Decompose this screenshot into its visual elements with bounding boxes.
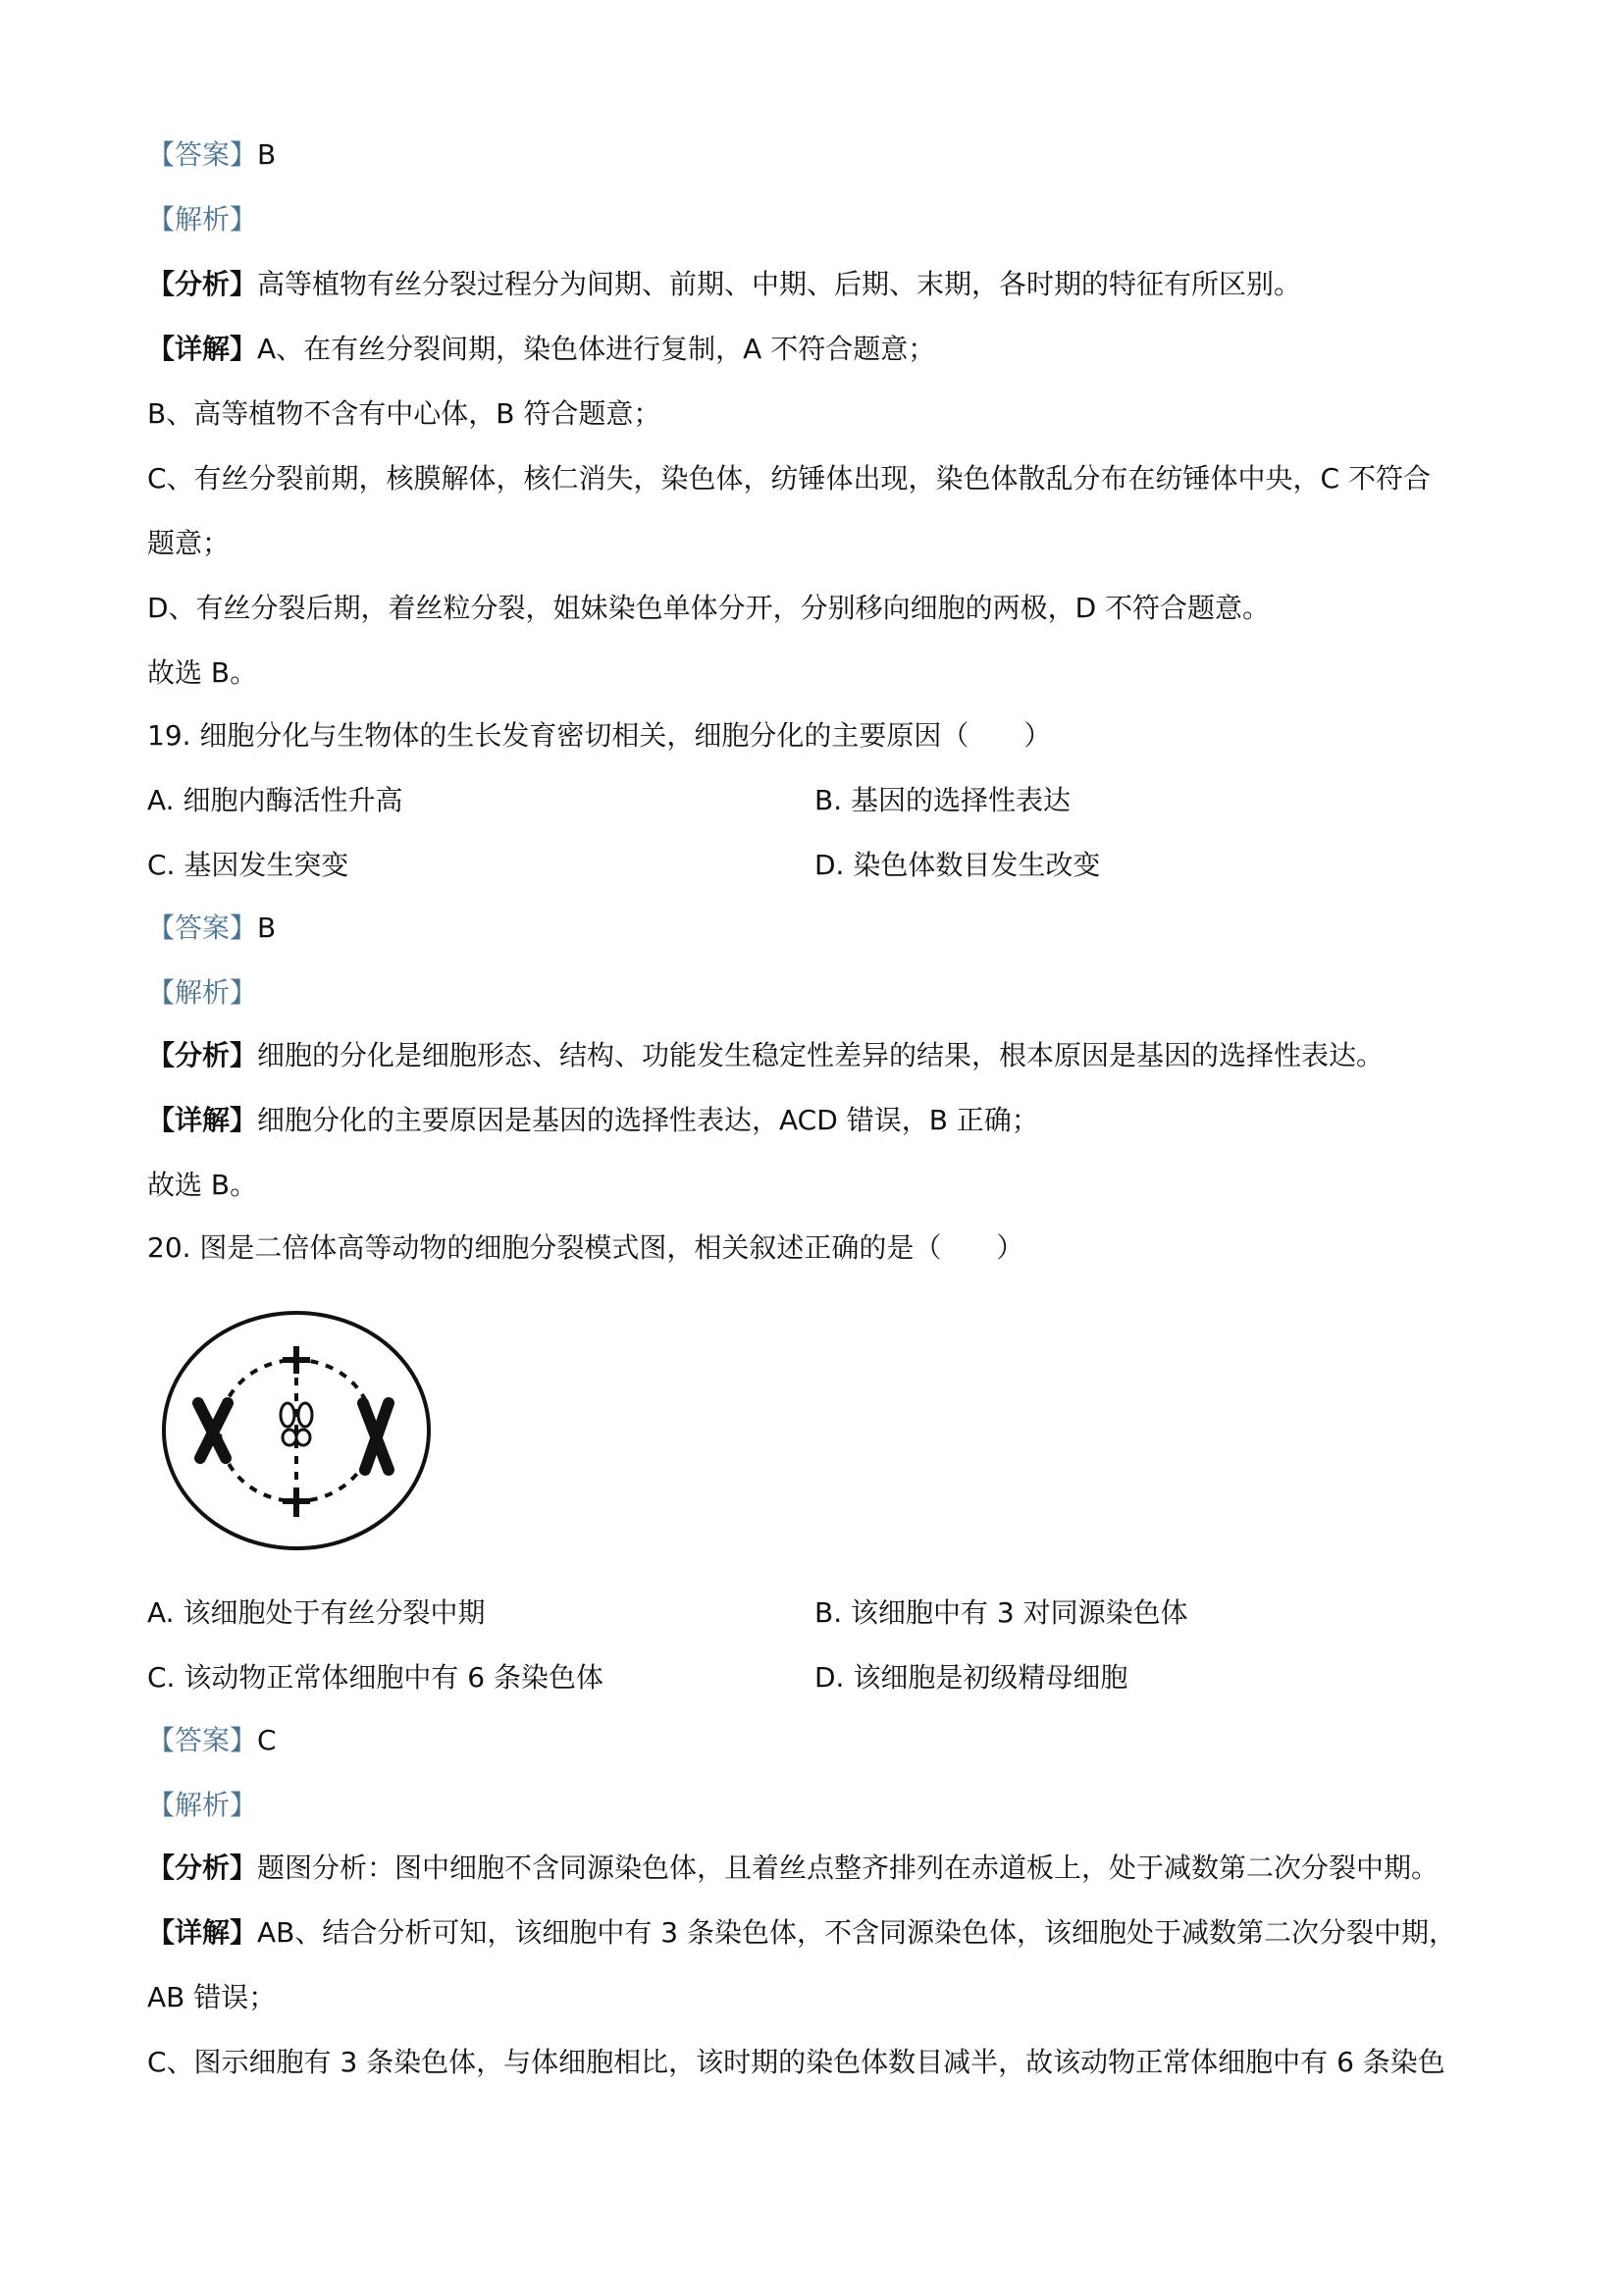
q18-xiangjie-line: C、有丝分裂前期，核膜解体，核仁消失，染色体，纺锤体出现，染色体散乱分布在纺锤体…: [147, 461, 1431, 496]
q20-option-c: C. 该动物正常体细胞中有 6 条染色体: [147, 1660, 603, 1696]
q18-answer: 【答案】B: [147, 137, 276, 173]
q19-option-d: D. 染色体数目发生改变: [814, 848, 1100, 883]
q18-xiangjie: 【详解】A、在有丝分裂间期，染色体进行复制，A 不符合题意；: [147, 332, 935, 367]
q20-xiangjie: 【详解】AB、结合分析可知，该细胞中有 3 条染色体，不含同源染色体，该细胞处于…: [147, 1915, 1456, 1951]
fenxi-label: 【分析】: [147, 1852, 257, 1884]
xiangjie-label: 【详解】: [147, 333, 257, 365]
q20-analysis-label: 【解析】: [147, 1788, 257, 1823]
fenxi-label: 【分析】: [147, 1039, 257, 1071]
centriole-top-icon: [283, 1346, 310, 1374]
q19-answer: 【答案】B: [147, 911, 276, 946]
q19-xiangjie: 【详解】细胞分化的主要原因是基因的选择性表达，ACD 错误，B 正确；: [147, 1103, 1039, 1138]
q20-stem: 20. 图是二倍体高等动物的细胞分裂模式图，相关叙述正确的是（ ）: [147, 1230, 1023, 1266]
q20-xiangjie-line: C、图示细胞有 3 条染色体，与体细胞相比，该时期的染色体数目减半，故该动物正常…: [147, 2045, 1445, 2080]
q18-fenxi: 【分析】高等植物有丝分裂过程分为间期、前期、中期、后期、末期，各时期的特征有所区…: [147, 267, 1301, 302]
fenxi-label: 【分析】: [147, 268, 257, 300]
q20-option-a: A. 该细胞处于有丝分裂中期: [147, 1595, 485, 1631]
q19-fenxi: 【分析】细胞的分化是细胞形态、结构、功能发生稳定性差异的结果，根本原因是基因的选…: [147, 1038, 1384, 1073]
q18-xiangjie-line: 题意；: [147, 526, 230, 561]
q20-option-d: D. 该细胞是初级精母细胞: [814, 1660, 1127, 1696]
q20-option-b: B. 该细胞中有 3 对同源染色体: [814, 1595, 1188, 1631]
q19-conclusion: 故选 B。: [147, 1168, 257, 1203]
answer-value: B: [257, 138, 276, 171]
answer-value: C: [257, 1724, 277, 1756]
xiangjie-line: A、在有丝分裂间期，染色体进行复制，A 不符合题意；: [257, 333, 935, 365]
xiangjie-label: 【详解】: [147, 1104, 257, 1136]
q19-option-c: C. 基因发生突变: [147, 848, 348, 883]
xiangjie-label: 【详解】: [147, 1916, 257, 1949]
q20-answer: 【答案】C: [147, 1723, 277, 1758]
q20-xiangjie-line: AB 错误；: [147, 1980, 276, 2015]
q19-option-b: B. 基因的选择性表达: [814, 783, 1071, 818]
q18-xiangjie-line: D、有丝分裂后期，着丝粒分裂，姐妹染色单体分开，分别移向细胞的两极，D 不符合题…: [147, 591, 1270, 626]
cell-division-diagram: [157, 1305, 437, 1555]
fenxi-text: 细胞的分化是细胞形态、结构、功能发生稳定性差异的结果，根本原因是基因的选择性表达…: [257, 1039, 1384, 1071]
xiangjie-line: AB、结合分析可知，该细胞中有 3 条染色体，不含同源染色体，该细胞处于减数第二…: [257, 1916, 1456, 1949]
chromosome-right-icon: [363, 1403, 389, 1470]
centriole-bottom-icon: [283, 1487, 310, 1517]
answer-label: 【答案】: [147, 912, 257, 944]
fenxi-text: 题图分析：图中细胞不含同源染色体，且着丝点整齐排列在赤道板上，处于减数第二次分裂…: [257, 1852, 1439, 1884]
fenxi-text: 高等植物有丝分裂过程分为间期、前期、中期、后期、末期，各时期的特征有所区别。: [257, 268, 1301, 300]
q18-analysis-label: 【解析】: [147, 202, 257, 237]
xiangjie-text: 细胞分化的主要原因是基因的选择性表达，ACD 错误，B 正确；: [257, 1104, 1039, 1136]
q19-stem: 19. 细胞分化与生物体的生长发育密切相关，细胞分化的主要原因（ ）: [147, 718, 1051, 754]
answer-value: B: [257, 912, 276, 944]
q19-analysis-label: 【解析】: [147, 975, 257, 1011]
q20-fenxi: 【分析】题图分析：图中细胞不含同源染色体，且着丝点整齐排列在赤道板上，处于减数第…: [147, 1851, 1439, 1886]
answer-label: 【答案】: [147, 1724, 257, 1756]
answer-label: 【答案】: [147, 138, 257, 171]
q18-conclusion: 故选 B。: [147, 655, 257, 691]
q18-xiangjie-line: B、高等植物不含有中心体，B 符合题意；: [147, 396, 660, 432]
chromosome-left-icon: [198, 1403, 228, 1458]
q19-option-a: A. 细胞内酶活性升高: [147, 783, 402, 818]
